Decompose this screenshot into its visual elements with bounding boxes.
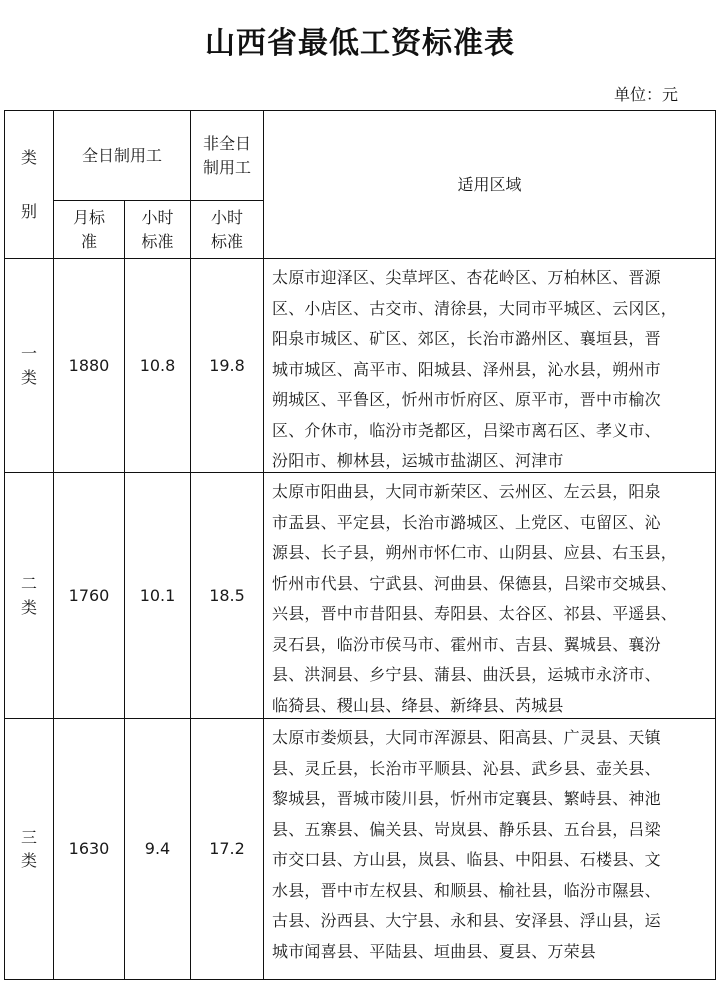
header-hourly-line2: 标准 [141,230,173,253]
region-line: 太原市阳曲县，大同市新荣区、云州区、左云县，阳泉 [272,477,677,508]
row-1-monthly: 1880 [53,258,125,473]
region-line: 黎城县，晋城市陵川县，忻州市定襄县、繁峙县、神池 [272,784,661,815]
row-3-region: 太原市娄烦县，大同市浑源县、阳高县、广灵县、天镇 县、灵丘县，长治市平顺县、沁县… [263,718,716,980]
region-line: 阳泉市城区、矿区、郊区，长治市潞州区、襄垣县，晋 [272,324,677,355]
row-1-category-line1: 一 [21,342,37,365]
region-line: 灵石县，临汾市侯马市、霍州市、吉县、翼城县、襄汾 [272,630,677,661]
region-line: 兴县，晋中市昔阳县、寿阳县、太谷区、祁县、平遥县、 [272,599,677,630]
region-line: 县、五寨县、偏关县、岢岚县、静乐县、五台县，吕梁 [272,815,661,846]
header-parttime-line2: 制用工 [203,156,251,179]
region-line: 城市闻喜县、平陆县、垣曲县、夏县、万荣县 [272,937,661,968]
region-line: 忻州市代县、宁武县、河曲县、保德县，吕梁市交城县、 [272,569,677,600]
row-3-monthly: 1630 [53,718,125,980]
row-2-category: 二 类 [4,472,54,719]
row-3-pt-hourly: 17.2 [190,718,264,980]
row-2-category-line2: 类 [21,596,37,619]
row-2-category-line1: 二 [21,572,37,595]
header-fulltime-group: 全日制用工 [53,110,191,201]
region-line: 太原市迎泽区、尖草坪区、杏花岭区、万柏林区、晋源 [272,263,677,294]
row-2-monthly: 1760 [53,472,125,719]
header-category: 类 别 [4,110,54,259]
row-3-category-line2: 类 [21,849,37,872]
region-line: 临猗县、稷山县、绛县、新绛县、芮城县 [272,691,677,722]
header-pt-hourly-line2: 标准 [211,230,243,253]
header-hourly: 小时 标准 [124,200,191,259]
document-title: 山西省最低工资标准表 [0,18,720,62]
header-category-top: 类 [21,146,37,169]
region-line: 市交口县、方山县，岚县、临县、中阳县、石楼县、文 [272,845,661,876]
row-1-pt-hourly: 19.8 [190,258,264,473]
region-line: 古县、汾西县、大宁县、永和县、安泽县、浮山县，运 [272,906,661,937]
header-region: 适用区域 [263,110,716,259]
header-monthly-line2: 准 [81,230,97,253]
header-fulltime-group-label: 全日制用工 [82,144,162,167]
region-line: 朔城区、平鲁区，忻州市忻府区、原平市，晋中市榆次 [272,385,677,416]
row-1-region: 太原市迎泽区、尖草坪区、杏花岭区、万柏林区、晋源 区、小店区、古交市、清徐县，大… [263,258,716,473]
region-line: 市盂县、平定县，长治市潞城区、上党区、屯留区、沁 [272,508,677,539]
unit-label: 单位：元 [614,82,678,105]
header-pt-hourly: 小时 标准 [190,200,264,259]
region-line: 城市城区、高平市、阳城县、泽州县，沁水县，朔州市 [272,355,677,386]
row-1-category: 一 类 [4,258,54,473]
header-parttime-group: 非全日 制用工 [190,110,264,201]
row-3-hourly: 9.4 [124,718,191,980]
header-region-label: 适用区域 [457,173,521,196]
header-monthly: 月标 准 [53,200,125,259]
region-line: 区、小店区、古交市、清徐县，大同市平城区、云冈区， [272,294,677,325]
row-3-category-line1: 三 [21,826,37,849]
header-pt-hourly-line1: 小时 [211,206,243,229]
region-line: 太原市娄烦县，大同市浑源县、阳高县、广灵县、天镇 [272,723,661,754]
region-line: 县、洪洞县、乡宁县、蒲县、曲沃县，运城市永济市、 [272,660,677,691]
header-monthly-line1: 月标 [73,206,105,229]
row-1-hourly: 10.8 [124,258,191,473]
row-1-category-line2: 类 [21,366,37,389]
row-3-category: 三 类 [4,718,54,980]
region-line: 源县、长子县，朔州市怀仁市、山阴县、应县、右玉县， [272,538,677,569]
row-2-hourly: 10.1 [124,472,191,719]
header-parttime-line1: 非全日 [203,132,251,155]
row-2-pt-hourly: 18.5 [190,472,264,719]
region-line: 区、介休市，临汾市尧都区，吕梁市离石区、孝义市、 [272,416,677,447]
header-hourly-line1: 小时 [141,206,173,229]
header-category-bottom: 别 [21,200,37,223]
region-line: 县、灵丘县，长治市平顺县、沁县、武乡县、壶关县、 [272,754,661,785]
row-2-region: 太原市阳曲县，大同市新荣区、云州区、左云县，阳泉 市盂县、平定县，长治市潞城区、… [263,472,716,719]
region-line: 水县，晋中市左权县、和顺县、榆社县，临汾市隰县、 [272,876,661,907]
